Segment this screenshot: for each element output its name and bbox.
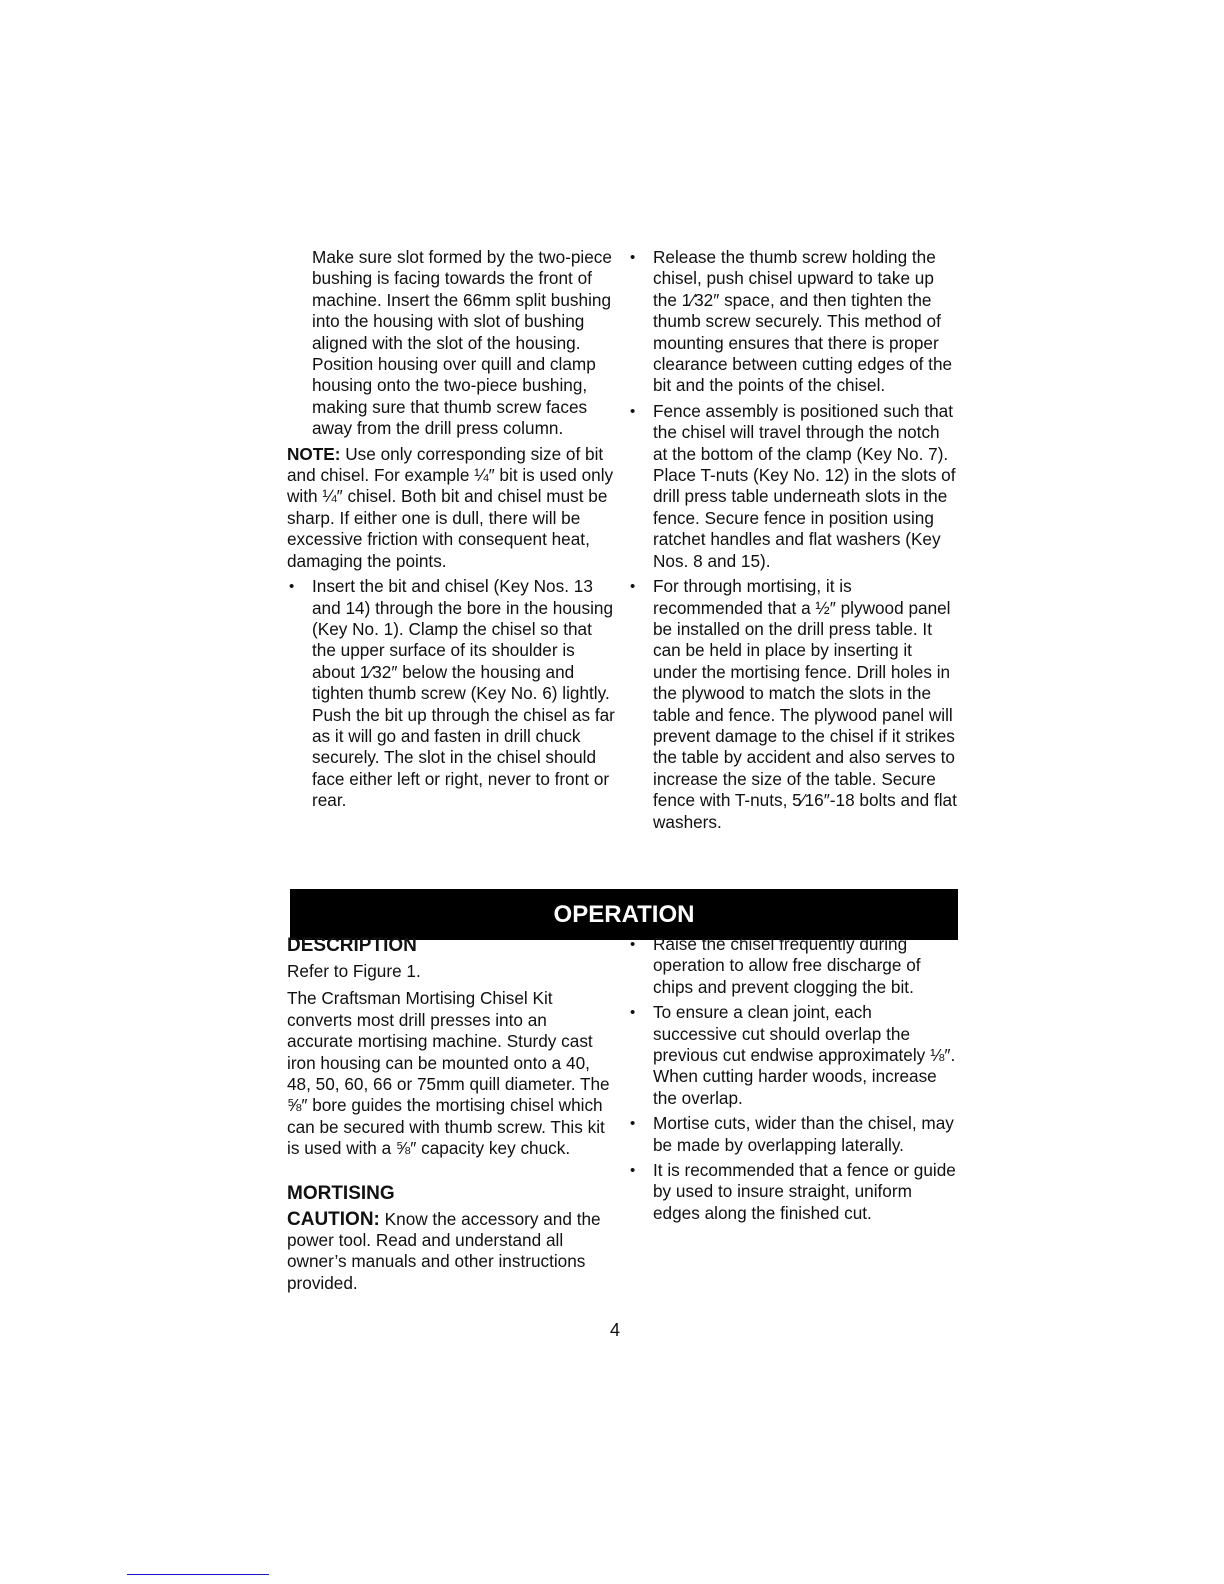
description-body: The Craftsman Mortising Chisel Kit conve… [287, 988, 617, 1159]
section-title: OPERATION [554, 901, 695, 928]
note-paragraph: NOTE: Use only corresponding size of bit… [287, 444, 617, 572]
section-title-bar: OPERATION [290, 889, 958, 940]
description-heading: DESCRIPTION [287, 934, 617, 958]
list-item: It is recommended that a fence or guide … [628, 1160, 958, 1224]
top-right-column: Release the thumb screw holding the chis… [628, 247, 958, 837]
list-item: Release the thumb screw holding the chis… [628, 247, 958, 397]
spacer [287, 1166, 617, 1182]
caution-label: CAUTION: [287, 1209, 380, 1230]
caution-paragraph: CAUTION: Know the accessory and the powe… [287, 1209, 617, 1295]
list-item: Fence assembly is positioned such that t… [628, 401, 958, 572]
list-item: Raise the chisel frequently during opera… [628, 934, 958, 998]
list-item: Insert the bit and chisel (Key Nos. 13 a… [287, 576, 617, 811]
bottom-right-column: Raise the chisel frequently during opera… [628, 934, 958, 1228]
list-item: To ensure a clean joint, each successive… [628, 1002, 958, 1109]
figure-reference: Refer to Figure 1. [287, 961, 617, 982]
list-item: Mortise cuts, wider than the chisel, may… [628, 1113, 958, 1156]
mounting-paragraph: Make sure slot formed by the two-piece b… [287, 247, 617, 440]
page-number: 4 [600, 1320, 630, 1341]
mortising-heading: MORTISING [287, 1182, 617, 1206]
link-underline[interactable] [127, 1574, 269, 1575]
list-item: For through mortising, it is recommended… [628, 576, 958, 833]
bottom-left-column: DESCRIPTION Refer to Figure 1. The Craft… [287, 934, 617, 1294]
note-label: NOTE: [287, 444, 340, 464]
top-left-column: Make sure slot formed by the two-piece b… [287, 247, 617, 816]
